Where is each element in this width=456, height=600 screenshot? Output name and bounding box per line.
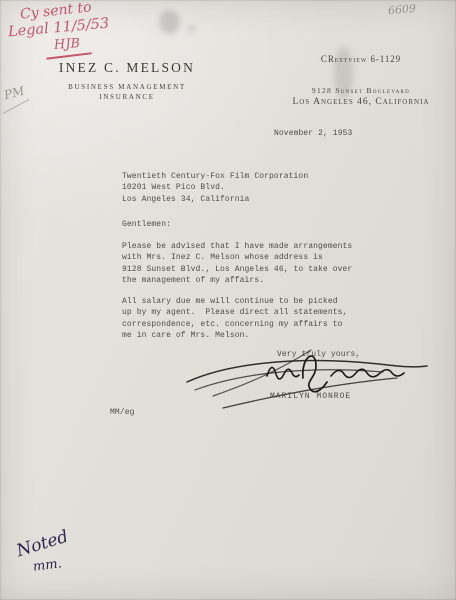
recipient-line: 10201 West Pico Blvd. [122,182,308,193]
body-line: up by my agent. Please direct all statem… [122,307,347,318]
recipient-address-block: Twentieth Century-Fox Film Corporation 1… [122,171,308,205]
body-line: Please be advised that I have made arran… [122,241,352,252]
letterhead-left-block: INEZ C. MELSON BUSINESS MANAGEMENT INSUR… [38,60,216,101]
red-routing-note-line3: HJB [54,36,81,53]
letterhead-address-line2: Los Angeles 46, California [282,97,440,107]
letterhead-subtitle-line1: BUSINESS MANAGEMENT [38,83,216,91]
noted-annotation-line2: mm. [32,556,62,574]
scanned-letter-page: Cy sent to Legal 11/5/53 HJB 6609 PM INE… [0,0,456,600]
typed-signature-name: MARILYN MONROE [270,391,351,402]
body-paragraph-1: Please be advised that I have made arran… [122,241,352,287]
body-line: All salary due me will continue to be pi… [122,296,347,307]
letterhead-name: INEZ C. MELSON [38,60,216,76]
body-paragraph-2: All salary due me will continue to be pi… [122,296,347,342]
pencil-number-note: 6609 [387,2,416,17]
letterhead-right-block: CRestview 6-1129 9128 Sunset Boulevard L… [282,54,440,107]
recipient-line: Los Angeles 34, California [122,194,308,205]
salutation: Gentlemen: [122,219,171,230]
body-line: the management of my affairs. [122,275,352,286]
body-line: correspondence, etc. concerning my affai… [122,319,347,330]
letterhead-address-line1: 9128 Sunset Boulevard [282,86,440,95]
body-line: 9128 Sunset Blvd., Los Angeles 46, to ta… [122,264,352,275]
red-underline-stroke [46,52,92,59]
smudge-mark [159,10,180,34]
letter-date: November 2, 1953 [274,128,352,139]
pencil-initials-scribble: PM [3,84,26,103]
reference-initials: MM/eg [110,407,135,418]
letterhead-phone: CRestview 6-1129 [282,54,440,64]
letterhead-subtitle-line2: INSURANCE [38,93,216,101]
smudge-mark [188,26,196,32]
body-line: with Mrs. Inez C. Melson whose address i… [122,252,352,263]
marilyn-monroe-signature: Marilyn Monroe [183,338,433,414]
noted-annotation-line1: Noted [14,527,70,562]
recipient-line: Twentieth Century-Fox Film Corporation [122,171,308,182]
